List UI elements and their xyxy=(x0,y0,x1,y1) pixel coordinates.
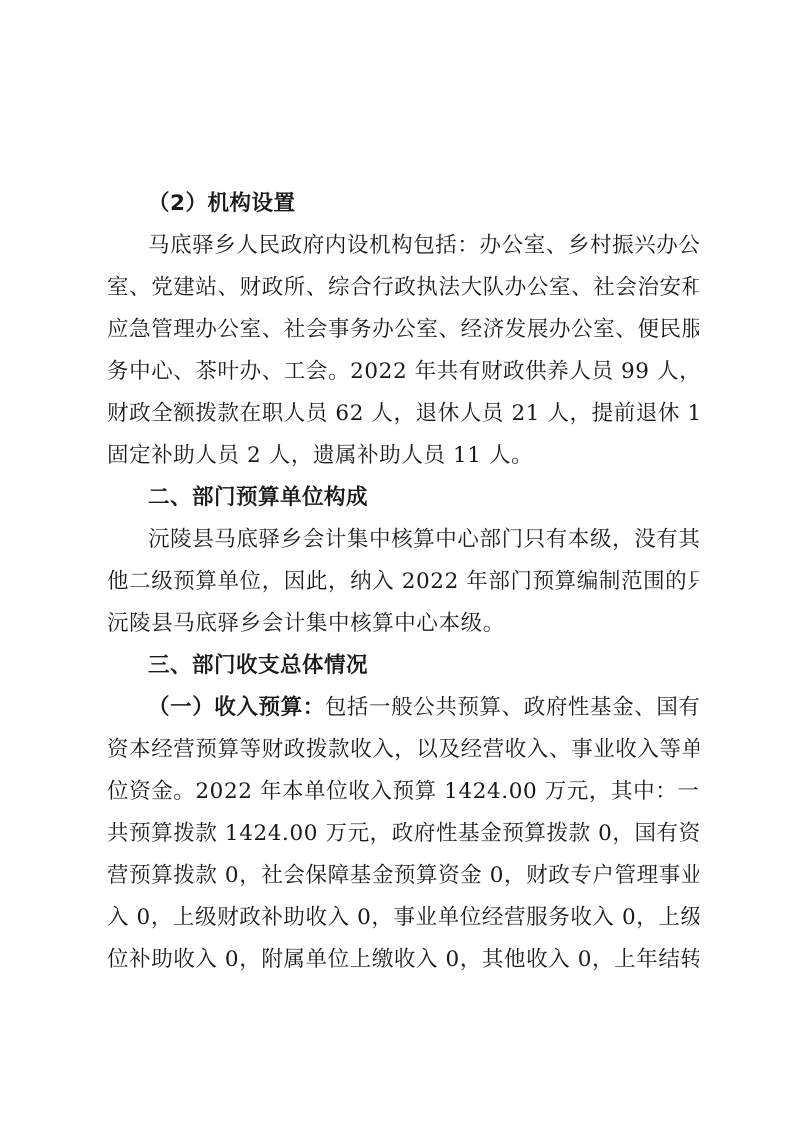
org-setup-heading: （2）机构设置 xyxy=(107,186,699,228)
paragraph-line: 应急管理办公室、社会事务办公室、经济发展办公室、便民服 xyxy=(107,312,699,354)
income-budget-text: 包括一般公共预算、政府性基金、国有 xyxy=(325,695,699,720)
paragraph-line: 务中心、茶叶办、工会。2022 年共有财政供养人员 99 人，其中: xyxy=(107,354,699,396)
paragraph-line: 入 0，上级财政补助收入 0，事业单位经营服务收入 0，上级单 xyxy=(107,900,699,942)
paragraph-line: 室、党建站、财政所、综合行政执法大队办公室、社会治安和 xyxy=(107,270,699,312)
paragraph-line: 位资金。2022 年本单位收入预算 1424.00 万元，其中：一般公 xyxy=(107,774,699,816)
paragraph-line: 沅陵县马底驿乡会计集中核算中心本级。 xyxy=(107,606,699,648)
paragraph-line: 财政全额拨款在职人员 62 人，退休人员 21 人，提前退休 1 人， xyxy=(107,396,699,438)
paragraph-line: 沅陵县马底驿乡会计集中核算中心部门只有本级，没有其 xyxy=(107,522,699,564)
paragraph-line: 位补助收入 0，附属单位上缴收入 0，其他收入 0，上年结转 0。 xyxy=(107,942,699,984)
income-budget-label: （一）收入预算： xyxy=(148,695,325,720)
paragraph-line: 马底驿乡人民政府内设机构包括：办公室、乡村振兴办公 xyxy=(107,228,699,270)
paragraph-line: 共预算拨款 1424.00 万元，政府性基金预算拨款 0，国有资本经 xyxy=(107,816,699,858)
paragraph-line: 他二级预算单位，因此，纳入 2022 年部门预算编制范围的只有 xyxy=(107,564,699,606)
paragraph-line: 营预算拨款 0，社会保障基金预算资金 0，财政专户管理事业收 xyxy=(107,858,699,900)
paragraph-line: 资本经营预算等财政拨款收入，以及经营收入、事业收入等单 xyxy=(107,732,699,774)
document-page: （2）机构设置 马底驿乡人民政府内设机构包括：办公室、乡村振兴办公 室、党建站、… xyxy=(107,186,699,984)
income-budget-first-line: （一）收入预算：包括一般公共预算、政府性基金、国有 xyxy=(107,690,699,732)
section-three-heading: 三、部门收支总体情况 xyxy=(107,648,699,690)
paragraph-line: 固定补助人员 2 人，遗属补助人员 11 人。 xyxy=(107,438,699,480)
section-two-heading: 二、部门预算单位构成 xyxy=(107,480,699,522)
